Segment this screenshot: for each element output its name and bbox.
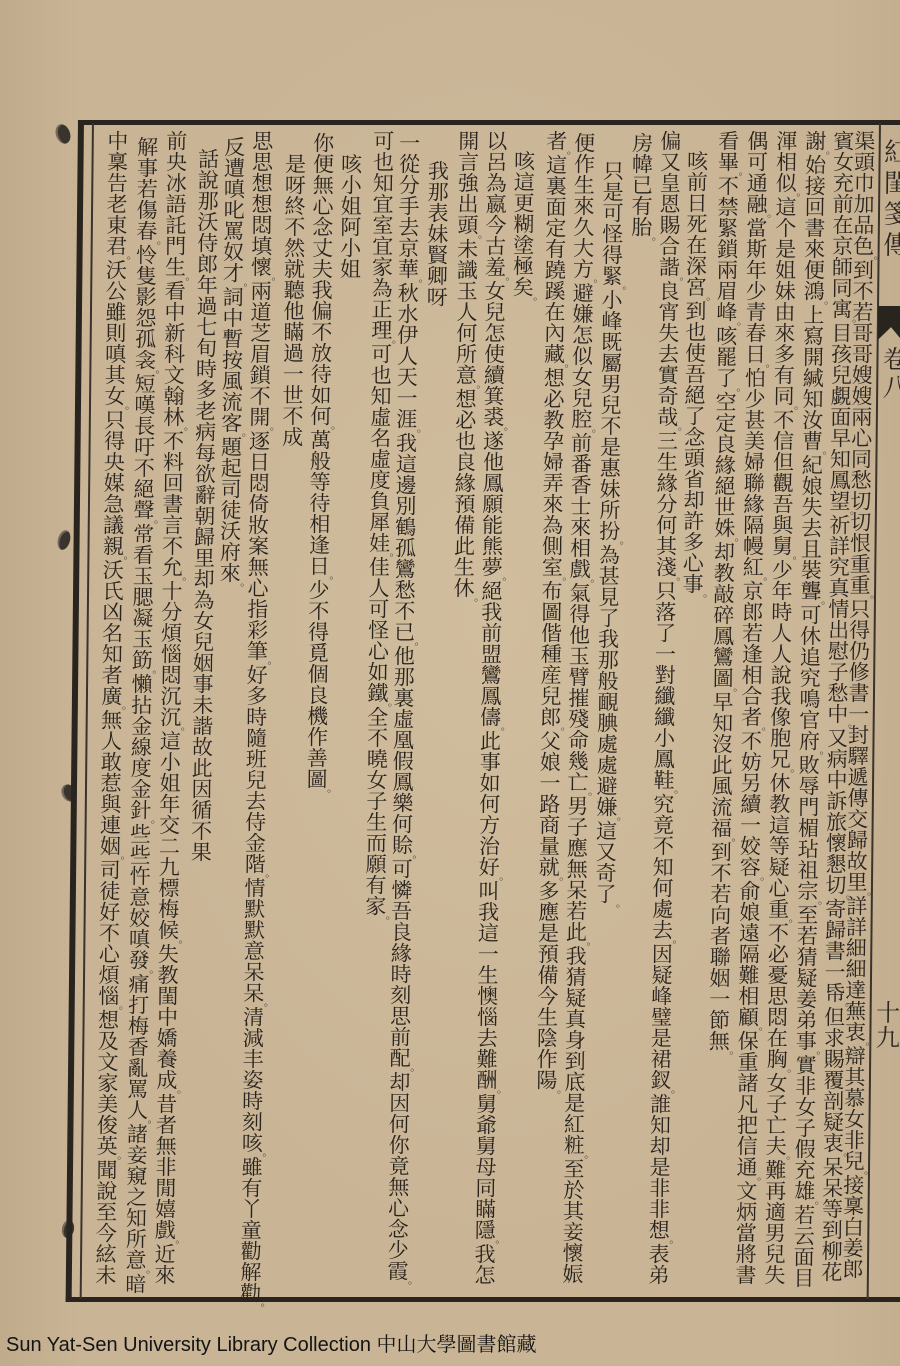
text-column: 話說那沃侍郎年過七旬時多老病每欲辭朝歸里却為女兒姻事未諧故此因循不果 bbox=[187, 148, 220, 862]
punctuation-circle: 。 bbox=[867, 256, 878, 259]
punctuation-circle: 。 bbox=[557, 364, 568, 367]
frame-top-border bbox=[78, 120, 900, 125]
text-column: 是呀終不然就聽他瞞過一世不成 bbox=[279, 153, 308, 447]
punctuation-circle: 。 bbox=[782, 919, 793, 922]
punctuation-circle: 。 bbox=[177, 427, 188, 430]
punctuation-circle: 。 bbox=[257, 1003, 268, 1006]
punctuation-circle: 。 bbox=[260, 661, 271, 664]
punctuation-circle: 。 bbox=[150, 241, 161, 244]
punctuation-circle: 。 bbox=[780, 1069, 791, 1072]
punctuation-circle: 。 bbox=[233, 583, 244, 586]
punctuation-circle: 。 bbox=[175, 577, 186, 580]
punctuation-circle: 。 bbox=[613, 541, 624, 544]
punctuation-circle: 。 bbox=[174, 727, 185, 730]
punctuation-circle: 。 bbox=[471, 235, 482, 238]
punctuation-circle: 。 bbox=[145, 670, 156, 673]
margin-page-number: 十九 bbox=[870, 1000, 900, 1050]
punctuation-circle: 。 bbox=[144, 820, 155, 823]
punctuation-circle: 。 bbox=[494, 727, 505, 730]
punctuation-circle: 。 bbox=[779, 1156, 790, 1159]
punctuation-circle: 。 bbox=[845, 319, 856, 322]
punctuation-circle: 。 bbox=[495, 577, 506, 580]
punctuation-circle: 。 bbox=[758, 364, 769, 367]
text-column: 咳小姐阿小姐 bbox=[336, 153, 363, 279]
punctuation-circle: 。 bbox=[857, 1171, 868, 1174]
punctuation-circle: 。 bbox=[168, 1240, 179, 1243]
margin-book-title: 紅閨箋傳 bbox=[879, 138, 900, 262]
punctuation-circle: 。 bbox=[586, 279, 597, 282]
punctuation-circle: 。 bbox=[171, 940, 182, 943]
text-column: 你便無心念丈夫我偏不放待如何。萬般等待相逢日。少不得覓個良機作善圖。 bbox=[303, 132, 336, 792]
punctuation-circle: 。 bbox=[811, 901, 822, 904]
punctuation-circle: 。 bbox=[147, 520, 158, 523]
punctuation-circle: 。 bbox=[610, 817, 621, 820]
punctuation-circle: 。 bbox=[817, 301, 828, 304]
punctuation-circle: 。 bbox=[839, 895, 850, 898]
punctuation-circle: 。 bbox=[115, 706, 126, 709]
punctuation-circle: 。 bbox=[178, 277, 189, 280]
punctuation-circle: 。 bbox=[730, 322, 741, 325]
punctuation-circle: 。 bbox=[140, 1120, 151, 1123]
text-column: 偏又皇恩賜合諧。良宵失去實奇哉。三生緣分何其淺。只落了一對纖纖小鳳鞋。究竟不知何… bbox=[645, 130, 683, 1285]
punctuation-circle: 。 bbox=[385, 340, 396, 343]
punctuation-circle: 。 bbox=[403, 1068, 414, 1071]
punctuation-circle: 。 bbox=[722, 1051, 733, 1054]
punctuation-circle: 。 bbox=[664, 1090, 675, 1093]
punctuation-circle: 。 bbox=[665, 940, 676, 943]
punctuation-circle: 。 bbox=[264, 277, 275, 280]
punctuation-circle: 。 bbox=[785, 556, 796, 559]
punctuation-circle: 。 bbox=[320, 789, 331, 792]
punctuation-circle: 。 bbox=[724, 838, 735, 841]
punctuation-circle: 。 bbox=[699, 297, 710, 300]
punctuation-circle: 。 bbox=[645, 237, 656, 240]
punctuation-circle: 。 bbox=[490, 1090, 501, 1093]
punctuation-circle: 。 bbox=[581, 792, 592, 795]
punctuation-circle: 。 bbox=[789, 193, 800, 196]
punctuation-circle: 。 bbox=[263, 427, 274, 430]
punctuation-circle: 。 bbox=[497, 427, 508, 430]
punctuation-circle: 。 bbox=[555, 577, 566, 580]
punctuation-circle: 。 bbox=[554, 727, 565, 730]
punctuation-circle: 。 bbox=[731, 172, 742, 175]
punctuation-circle: 。 bbox=[585, 429, 596, 432]
punctuation-circle: 。 bbox=[783, 769, 794, 772]
margin-volume-label: 卷八 bbox=[878, 346, 900, 402]
punctuation-circle: 。 bbox=[755, 727, 766, 730]
punctuation-circle: 。 bbox=[729, 388, 740, 391]
punctuation-circle: 。 bbox=[819, 151, 830, 154]
text-column: 開言強出頭。未識玉人何所意。想必也良緣預備此生休。 bbox=[450, 130, 481, 601]
punctuation-circle: 。 bbox=[814, 601, 825, 604]
punctuation-circle: 。 bbox=[139, 1270, 150, 1273]
punctuation-circle: 。 bbox=[405, 855, 416, 858]
punctuation-circle: 。 bbox=[579, 942, 590, 945]
punctuation-circle: 。 bbox=[142, 970, 153, 973]
punctuation-circle: 。 bbox=[751, 1027, 762, 1030]
punctuation-circle: 。 bbox=[787, 406, 798, 409]
punctuation-circle: 。 bbox=[816, 451, 827, 454]
punctuation-circle: 。 bbox=[728, 538, 739, 541]
punctuation-circle: 。 bbox=[236, 283, 247, 286]
punctuation-circle: 。 bbox=[382, 553, 393, 556]
punctuation-circle: 。 bbox=[841, 724, 852, 727]
text-column: 我那表妹賢卿呀 bbox=[423, 160, 451, 307]
punctuation-circle: 。 bbox=[379, 916, 390, 919]
punctuation-circle: 。 bbox=[258, 874, 269, 877]
punctuation-circle: 。 bbox=[469, 385, 480, 388]
punctuation-circle: 。 bbox=[552, 877, 563, 880]
punctuation-circle: 。 bbox=[550, 1090, 561, 1093]
fishtail-mark-icon bbox=[878, 306, 900, 340]
printed-page: 渠頭巾加品色。到不若哥哥嫂嫂兩心同愁切切恨重重。只得仍修書一封驛遞傳交歸故里。詳… bbox=[0, 0, 900, 1312]
punctuation-circle: 。 bbox=[858, 1042, 869, 1045]
punctuation-circle: 。 bbox=[753, 877, 764, 880]
punctuation-circle: 。 bbox=[838, 1003, 849, 1006]
punctuation-circle: 。 bbox=[609, 904, 620, 907]
punctuation-circle: 。 bbox=[836, 1153, 847, 1156]
frame-bottom-border bbox=[66, 1297, 900, 1302]
punctuation-circle: 。 bbox=[498, 277, 509, 280]
punctuation-circle: 。 bbox=[254, 1303, 265, 1306]
punctuation-circle: 。 bbox=[750, 1177, 761, 1180]
punctuation-circle: 。 bbox=[808, 1201, 819, 1204]
punctuation-circle: 。 bbox=[760, 214, 771, 217]
punctuation-circle: 。 bbox=[756, 577, 767, 580]
punctuation-circle: 。 bbox=[410, 429, 421, 432]
punctuation-circle: 。 bbox=[492, 877, 503, 880]
punctuation-circle: 。 bbox=[401, 1281, 412, 1284]
punctuation-circle: 。 bbox=[669, 577, 680, 580]
punctuation-circle: 。 bbox=[148, 370, 159, 373]
punctuation-circle: 。 bbox=[726, 688, 737, 691]
punctuation-circle: 。 bbox=[118, 406, 129, 409]
text-column: 咳這更糊塗極矣。 bbox=[509, 150, 537, 300]
punctuation-circle: 。 bbox=[235, 433, 246, 436]
punctuation-circle: 。 bbox=[671, 427, 682, 430]
punctuation-circle: 。 bbox=[110, 1156, 121, 1159]
punctuation-circle: 。 bbox=[113, 856, 124, 859]
punctuation-circle: 。 bbox=[120, 256, 131, 259]
punctuation-circle: 。 bbox=[408, 642, 419, 645]
punctuation-circle: 。 bbox=[116, 556, 127, 559]
punctuation-circle: 。 bbox=[560, 151, 571, 154]
punctuation-circle: 。 bbox=[860, 892, 871, 895]
punctuation-circle: 。 bbox=[615, 286, 626, 289]
text-column: 房幃已有胎。 bbox=[628, 132, 655, 240]
text-column: 咳前日死在深宮。到也使吾絕了念頭省却許多心事。 bbox=[679, 150, 710, 597]
punctuation-circle: 。 bbox=[526, 297, 537, 300]
punctuation-circle: 。 bbox=[667, 790, 678, 793]
punctuation-circle: 。 bbox=[672, 277, 683, 280]
text-column: 反遭嗔叱罵奴才。詞中暫按風流客。題起司徒沃府來。 bbox=[216, 136, 247, 586]
punctuation-circle: 。 bbox=[488, 1240, 499, 1243]
punctuation-circle: 。 bbox=[324, 426, 335, 429]
punctuation-circle: 。 bbox=[583, 579, 594, 582]
punctuation-circle: 。 bbox=[381, 703, 392, 706]
punctuation-circle: 。 bbox=[411, 279, 422, 282]
punctuation-circle: 。 bbox=[809, 1051, 820, 1054]
punctuation-circle: 。 bbox=[112, 1006, 123, 1009]
punctuation-circle: 。 bbox=[843, 511, 854, 514]
punctuation-circle: 。 bbox=[467, 598, 478, 601]
punctuation-circle: 。 bbox=[696, 594, 707, 597]
punctuation-circle: 。 bbox=[170, 1090, 181, 1093]
punctuation-circle: 。 bbox=[255, 1153, 266, 1156]
punctuation-circle: 。 bbox=[322, 576, 333, 579]
text-column: 只是可怪得緊。小峰既屬男兒不是惠妹所扮。為甚見了我那般靦腆處處避嫌。這又奇了。 bbox=[592, 160, 626, 907]
collection-watermark: Sun Yat-Sen University Library Collectio… bbox=[6, 1333, 537, 1357]
punctuation-circle: 。 bbox=[863, 595, 874, 598]
punctuation-circle: 。 bbox=[662, 1240, 673, 1243]
punctuation-circle: 。 bbox=[577, 1155, 588, 1158]
punctuation-circle: 。 bbox=[812, 751, 823, 754]
